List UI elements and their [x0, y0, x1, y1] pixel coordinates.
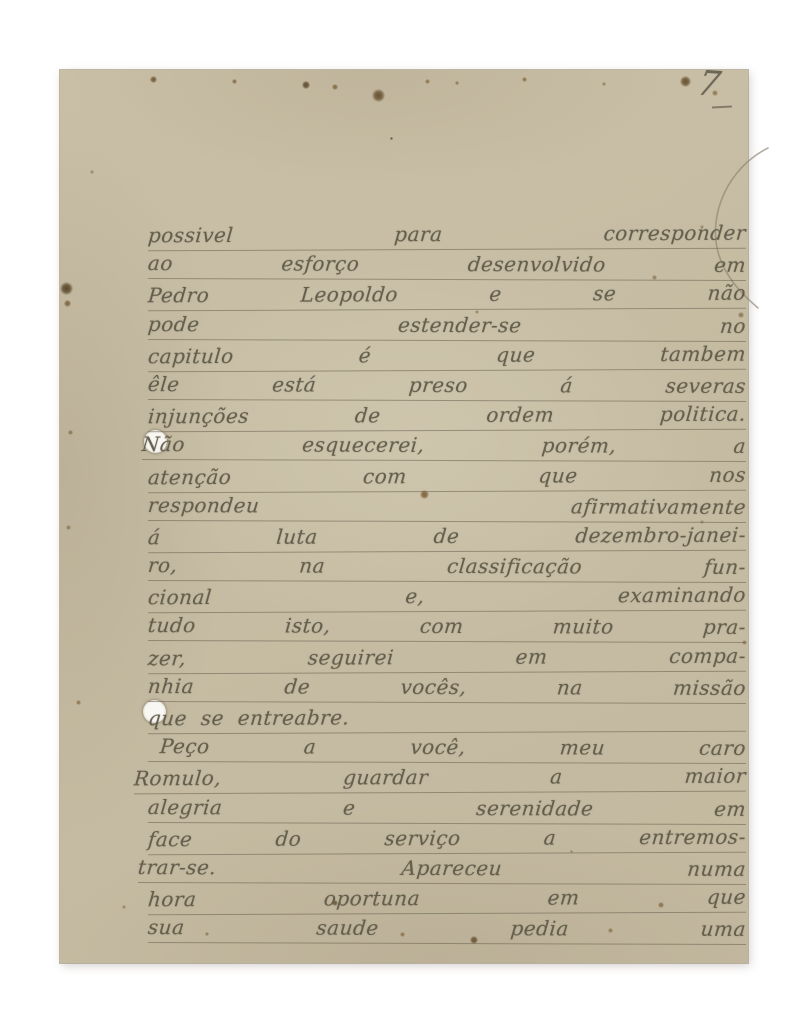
handwritten-line: Pedro Leopoldo e se não: [148, 279, 746, 312]
handwritten-line-text: trar-se. Apareceu numa: [137, 853, 748, 884]
handwritten-line-text: atenção com que nos: [147, 460, 747, 492]
foxing-spot: [332, 84, 338, 90]
handwritten-line-text: nhia de vocês, na missão: [147, 672, 748, 703]
handwritten-line-text: tudo isto, com muito pra-: [147, 612, 748, 643]
handwritten-line: que se entreabre.: [148, 702, 746, 735]
handwritten-line-text: á luta de dezembro-janei-: [147, 521, 747, 553]
handwritten-line-text: alegria e serenidade em: [147, 793, 748, 824]
handwritten-line: nhia de vocês, na missão: [148, 672, 746, 704]
handwritten-line: injunções de ordem politica.: [148, 400, 746, 433]
foxing-spot: [372, 89, 385, 102]
handwritten-line-text: injunções de ordem politica.: [147, 400, 747, 432]
foxing-spot: [425, 79, 430, 84]
handwritten-line-text: cional e, examinando: [147, 581, 747, 613]
handwritten-line: zer, seguirei em compa-: [148, 641, 746, 674]
foxing-spot: [66, 525, 71, 530]
handwritten-line: atenção com que nos: [148, 460, 746, 493]
handwritten-line: ro, na classificação fun-: [148, 551, 746, 583]
handwritten-line-text: zer, seguirei em compa-: [147, 641, 747, 673]
handwritten-line: sua saude pedia uma: [148, 913, 746, 945]
foxing-spot: [232, 79, 237, 84]
handwritten-line: á luta de dezembro-janei-: [148, 521, 746, 554]
handwritten-line: tudo isto, com muito pra-: [148, 611, 746, 643]
foxing-spot: [150, 76, 157, 83]
page-number-dash: [712, 105, 732, 108]
foxing-spot: [522, 77, 527, 82]
handwritten-line: pode estender-se no: [148, 310, 746, 342]
handwritten-line-text: respondeu afirmativamente: [147, 491, 748, 522]
foxing-spot: [76, 700, 81, 705]
handwritten-line: ao esforço desenvolvido em: [148, 249, 746, 281]
handwritten-line: respondeu afirmativamente: [148, 491, 746, 523]
handwritten-line: Romulo, guardar a maior: [134, 762, 746, 795]
handwritten-line: êle está preso á severas: [148, 370, 746, 402]
foxing-spot: [302, 81, 310, 89]
handwritten-line-text: êle está preso á severas: [147, 370, 748, 401]
handwritten-line: face do serviço a entremos-: [148, 822, 746, 855]
handwritten-line-text: ro, na classificação fun-: [147, 551, 748, 582]
handwritten-line: hora oportuna em que: [148, 883, 746, 916]
foxing-spot: [122, 905, 126, 909]
letter-body: possivel para corresponderao esforço des…: [148, 220, 746, 945]
foxing-spot: [602, 82, 606, 86]
foxing-spot: [90, 170, 94, 174]
page-number: 7: [698, 68, 744, 138]
handwritten-line-text: face do serviço a entremos-: [147, 822, 747, 854]
foxing-spot: [64, 300, 71, 307]
handwritten-line-text: Não esquecerei, porém, a: [141, 430, 748, 461]
handwritten-line-text: Peço a você, meu caro: [159, 732, 748, 763]
handwritten-line-text: ao esforço desenvolvido em: [147, 249, 748, 280]
handwritten-line-text: que se entreabre.: [147, 702, 747, 734]
page-number-value: 7: [695, 66, 748, 103]
foxing-spot: [680, 76, 691, 87]
foxing-spot: [455, 81, 459, 85]
handwritten-line-text: hora oportuna em que: [147, 883, 747, 915]
handwritten-line-text: possivel para corresponder: [147, 219, 747, 251]
handwritten-line-text: Pedro Leopoldo e se não: [147, 279, 747, 311]
foxing-spot: [68, 430, 73, 435]
handwritten-line: alegria e serenidade em: [148, 793, 746, 825]
handwritten-line: possivel para corresponder: [148, 219, 746, 252]
handwritten-line-text: capitulo é que tambem: [147, 339, 747, 371]
handwritten-line-text: pode estender-se no: [147, 310, 748, 341]
handwritten-line: cional e, examinando: [148, 581, 746, 614]
foxing-spot: [60, 282, 73, 295]
handwritten-line-text: Romulo, guardar a maior: [133, 762, 747, 794]
handwritten-line: Peço a você, meu caro: [148, 732, 746, 764]
handwritten-line: trar-se. Apareceu numa: [138, 853, 746, 885]
foxing-spot: [390, 137, 393, 140]
handwritten-line-text: sua saude pedia uma: [147, 913, 748, 944]
handwritten-line: Não esquecerei, porém, a: [142, 430, 746, 462]
handwritten-line: capitulo é que tambem: [148, 339, 746, 372]
